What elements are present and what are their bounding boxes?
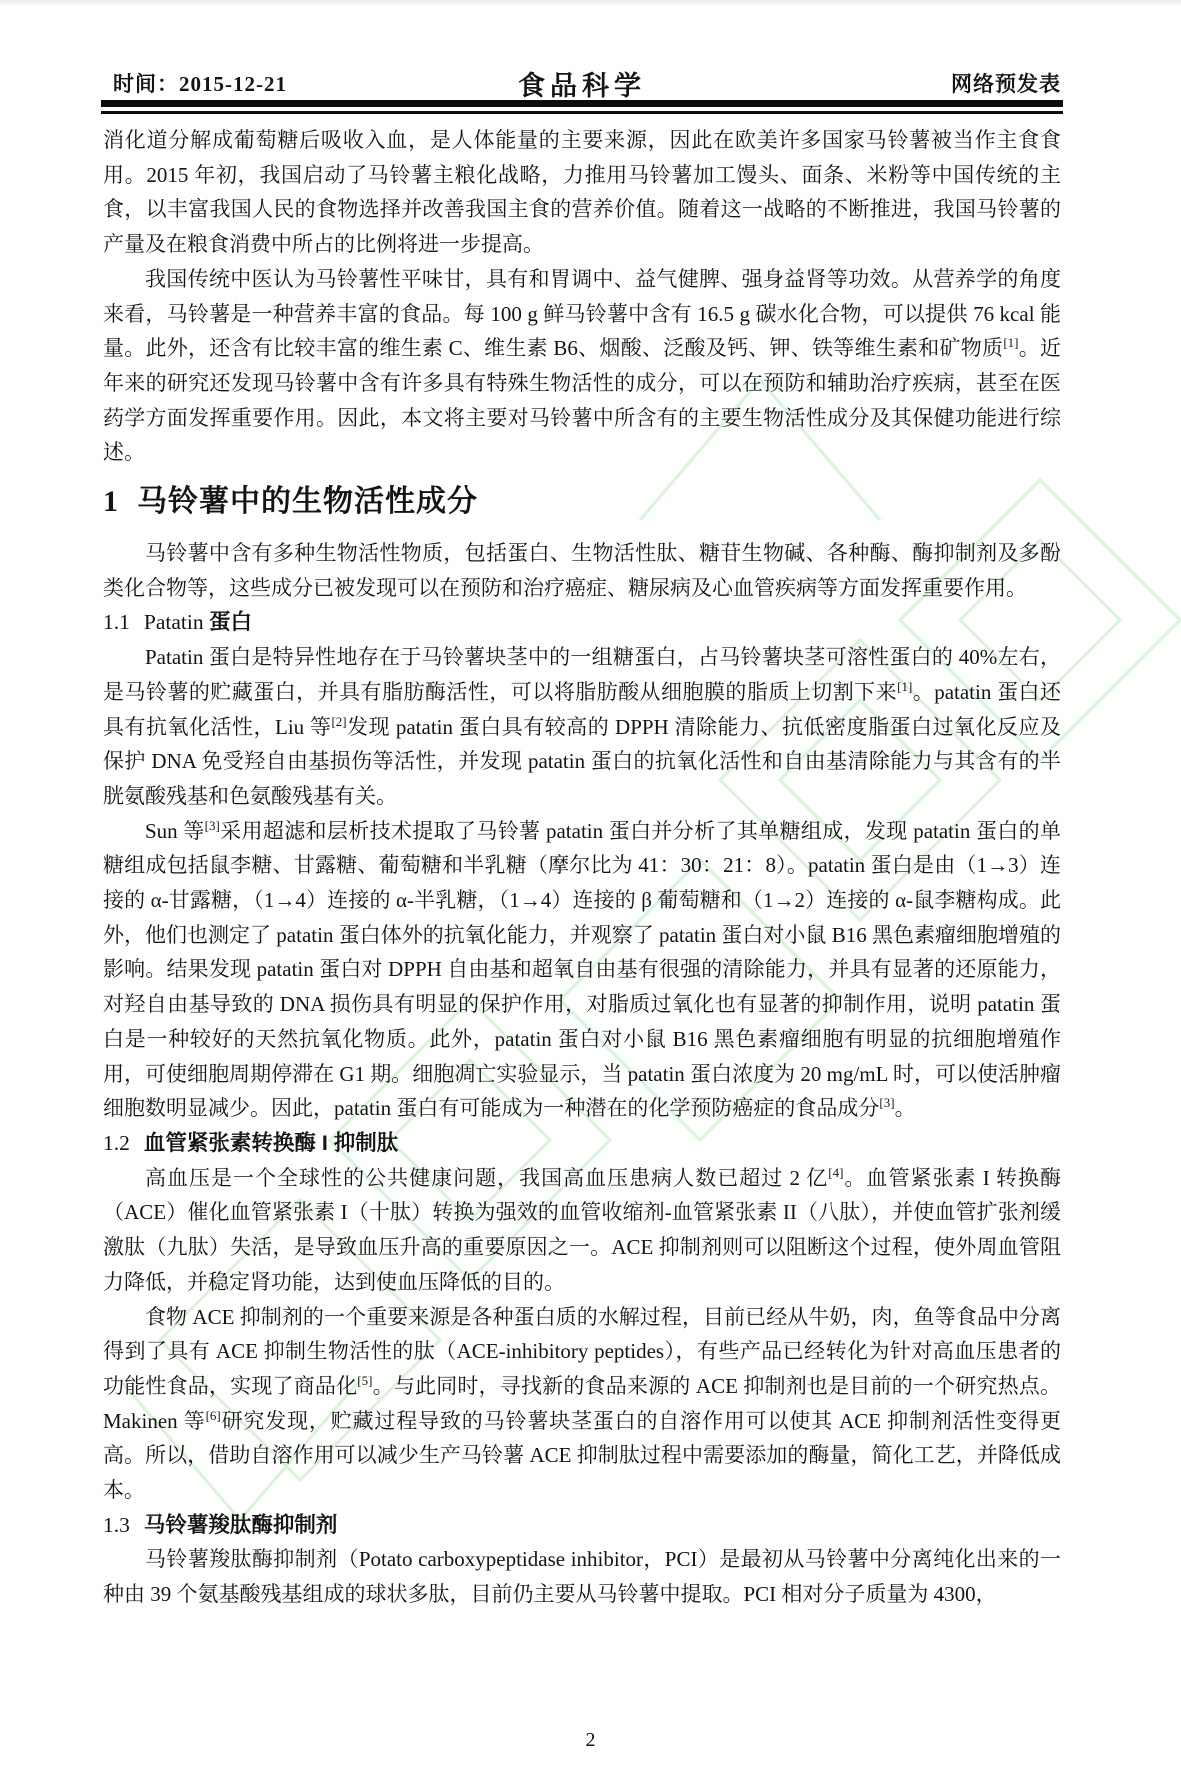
page-number: 2	[586, 1729, 596, 1751]
text-segment: 血管紧张素转换酶 I 抑制肽	[144, 1131, 398, 1155]
text-segment: 1.3	[103, 1513, 130, 1537]
page: 时间：2015-12-21 食品科学 网络预发表 消化道分解成葡萄糖后吸收入血，…	[0, 0, 1181, 1768]
paragraph: 消化道分解成葡萄糖后吸收入血，是人体能量的主要来源，因此在欧美许多国家马铃薯被当…	[103, 123, 1061, 262]
text-segment: 研究发现，贮藏过程导致的马铃薯块茎蛋白的自溶作用可以使其 ACE 抑制剂活性变得…	[103, 1409, 1061, 1502]
paragraph: 马铃薯羧肽酶抑制剂（Potato carboxypeptidase inhibi…	[103, 1542, 1061, 1611]
text-segment: 马铃薯羧肽酶抑制剂（Potato carboxypeptidase inhibi…	[103, 1547, 1061, 1606]
text-segment: 1	[103, 485, 119, 518]
citation-ref: [5]	[357, 1373, 372, 1388]
text-segment: 采用超滤和层析技术提取了马铃薯 patatin 蛋白并分析了其单糖组成，发现 p…	[103, 819, 1061, 1121]
text-segment: Patatin	[144, 610, 209, 634]
text-segment: 消化道分解成葡萄糖后吸收入血，是人体能量的主要来源，因此在欧美许多国家马铃薯被当…	[103, 128, 1061, 256]
paragraph: 高血压是一个全球性的公共健康问题，我国高血压患病人数已超过 2 亿[4]。血管紧…	[103, 1161, 1061, 1300]
citation-ref: [3]	[205, 818, 220, 833]
text-segment: 马铃薯羧肽酶抑制剂	[144, 1513, 338, 1537]
header-rule-thin	[101, 111, 1063, 114]
text-segment: 蛋白	[209, 610, 252, 634]
paragraph: 我国传统中医认为马铃薯性平味甘，具有和胃调中、益气健脾、强身益肾等功效。从营养学…	[103, 262, 1061, 470]
subsection-heading: 1.2血管紧张素转换酶 I 抑制肽	[103, 1126, 1061, 1161]
citation-ref: [3]	[879, 1095, 894, 1110]
text-segment: 高血压是一个全球性的公共健康问题，我国高血压患病人数已超过 2 亿	[145, 1166, 828, 1190]
document-body: 消化道分解成葡萄糖后吸收入血，是人体能量的主要来源，因此在欧美许多国家马铃薯被当…	[103, 123, 1061, 1612]
paragraph: 马铃薯中含有多种生物活性物质，包括蛋白、生物活性肽、糖苷生物碱、各种酶、酶抑制剂…	[103, 536, 1061, 605]
text-segment: Sun 等	[145, 819, 205, 843]
section-heading: 1马铃薯中的生物活性成分	[103, 479, 1061, 525]
text-segment: 马铃薯中的生物活性成分	[137, 485, 478, 518]
header-rule-thick	[101, 100, 1063, 107]
citation-ref: [6]	[206, 1408, 221, 1423]
citation-ref: [2]	[331, 714, 346, 729]
scan-edge	[0, 0, 1181, 7]
header-status-label: 网络预发表	[951, 68, 1061, 98]
paragraph: Sun 等[3]采用超滤和层析技术提取了马铃薯 patatin 蛋白并分析了其单…	[103, 814, 1061, 1126]
paragraph: Patatin 蛋白是特异性地存在于马铃薯块茎中的一组糖蛋白，占马铃薯块茎可溶性…	[103, 640, 1061, 814]
text-segment: 。	[895, 1096, 916, 1120]
text-segment: 马铃薯中含有多种生物活性物质，包括蛋白、生物活性肽、糖苷生物碱、各种酶、酶抑制剂…	[103, 541, 1061, 600]
text-segment: 我国传统中医认为马铃薯性平味甘，具有和胃调中、益气健脾、强身益肾等功效。从营养学…	[103, 267, 1061, 360]
citation-ref: [4]	[828, 1165, 843, 1180]
citation-ref: [1]	[897, 679, 912, 694]
text-segment: 1.1	[103, 610, 130, 634]
paragraph: 食物 ACE 抑制剂的一个重要来源是各种蛋白质的水解过程，目前已经从牛奶，肉，鱼…	[103, 1300, 1061, 1508]
page-footer: 2	[0, 1729, 1181, 1752]
subsection-heading: 1.1Patatin 蛋白	[103, 605, 1061, 640]
citation-ref: [1]	[1003, 335, 1018, 350]
text-segment: 1.2	[103, 1131, 130, 1155]
subsection-heading: 1.3马铃薯羧肽酶抑制剂	[103, 1508, 1061, 1543]
page-header: 时间：2015-12-21 食品科学 网络预发表	[103, 64, 1061, 98]
journal-title: 食品科学	[103, 64, 1061, 103]
